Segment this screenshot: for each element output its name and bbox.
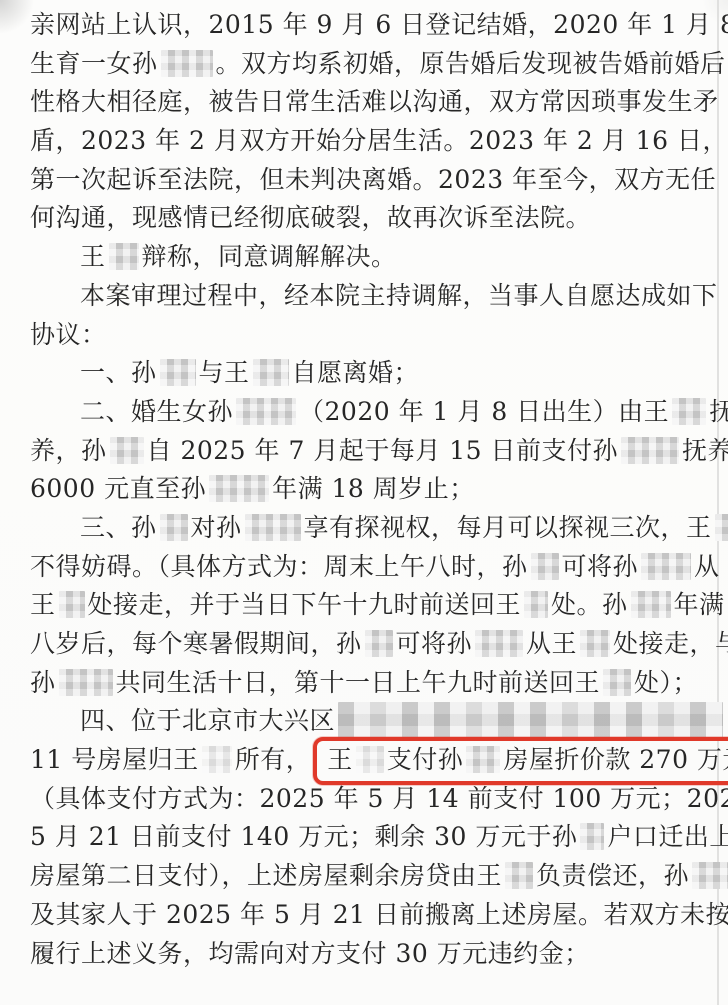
text-segment: 处。孙	[551, 590, 628, 619]
text-segment: （2020 年 1 月 8 日出生）由王	[299, 397, 669, 426]
redaction-block	[110, 437, 144, 464]
document-text: 亲网站上认识，2015 年 9 月 6 日登记结婚，2020 年 1 月 8 日…	[30, 6, 710, 973]
redaction-block	[692, 862, 728, 889]
redaction-block	[365, 630, 393, 657]
text-segment: 房屋折价款 270 万元	[503, 745, 728, 774]
redaction-block	[603, 669, 631, 696]
text-segment: 亲网站上认识，2015 年 9 月 6 日登记结婚，2020 年 1 月 8 日	[30, 10, 728, 39]
text-segment: 共同生活十日，第十一日上午九时前送回王	[116, 668, 601, 697]
text-segment: 王	[30, 590, 56, 619]
redaction-block	[356, 746, 384, 773]
redaction-block	[209, 475, 269, 502]
text-segment: 11 号房屋归王	[30, 745, 199, 774]
redaction-block	[621, 437, 679, 464]
redaction-block	[253, 359, 289, 386]
text-segment: 第一次起诉至法院，但未判决离婚。2023 年至今，双方无任	[30, 165, 716, 194]
text-segment: 年满 18 周岁止；	[272, 474, 475, 503]
text-segment: 一、孙	[80, 358, 157, 387]
text-segment: 孙	[30, 668, 56, 697]
redaction-block	[236, 398, 296, 425]
text-segment: 及其家人于 2025 年 5 月 21 日前搬离上述房屋。若双方未按期	[30, 900, 728, 929]
text-segment: （具体支付方式为：2025 年 5 月 14 前支付 100 万元；2025 年	[30, 784, 728, 813]
text-segment: 房屋第二日支付），上述房屋剩余房贷由王	[30, 861, 502, 890]
redaction-block	[531, 553, 559, 580]
text-segment: 6000 元直至孙	[30, 474, 206, 503]
document-line: 第一次起诉至法院，但未判决离婚。2023 年至今，双方无任	[30, 161, 710, 200]
document-line: 5 月 21 日前支付 140 万元；剩余 30 万元于孙户口迁出上述	[30, 818, 710, 857]
text-segment: 处接走，与	[613, 629, 728, 658]
text-segment: 养，孙	[30, 436, 107, 465]
text-segment: 所有，	[235, 745, 312, 774]
text-segment: 协议：	[30, 320, 107, 349]
document-line: （具体支付方式为：2025 年 5 月 14 前支付 100 万元；2025 年	[30, 780, 710, 819]
document-line: 一、孙与王自愿离婚；	[30, 354, 710, 393]
text-segment: 年满	[674, 590, 725, 619]
document-page: 亲网站上认识，2015 年 9 月 6 日登记结婚，2020 年 1 月 8 日…	[0, 0, 728, 1005]
text-segment: 自 2025 年 7 月起于每月 15 日前支付孙	[147, 436, 619, 465]
document-line: 11 号房屋归王所有，王支付孙房屋折价款 270 万元	[30, 741, 710, 780]
document-line: 性格大相径庭，被告日常生活难以沟通，双方常因琐事发生矛	[30, 83, 710, 122]
text-segment: 5 月 21 日前支付 140 万元；剩余 30 万元于孙	[30, 822, 577, 851]
document-line: 何沟通，现感情已经彻底破裂，故再次诉至法院。	[30, 199, 710, 238]
document-line: 6000 元直至孙年满 18 周岁止；	[30, 470, 710, 509]
redaction-block	[580, 630, 610, 657]
text-segment: 抚	[709, 397, 728, 426]
redaction-block	[161, 50, 213, 77]
text-segment: 。双方均系初婚，原告婚后发现被告婚前婚后	[216, 49, 726, 78]
document-line: 养，孙自 2025 年 7 月起于每月 15 日前支付孙抚养费	[30, 432, 710, 471]
text-segment: 处）；	[634, 668, 698, 697]
redaction-block	[631, 591, 671, 618]
redaction-block	[245, 514, 301, 541]
redaction-block	[475, 630, 523, 657]
redaction-block	[580, 823, 604, 850]
document-line: 王处接走，并于当日下午十九时前送回王处。孙年满	[30, 586, 710, 625]
redaction-block	[524, 591, 548, 618]
text-segment: 享有探视权，每月可以探视三次，王	[304, 513, 712, 542]
text-segment: 从	[694, 552, 720, 581]
text-segment: 本案审理过程中，经本院主持调解，当事人自愿达成如下	[80, 281, 718, 310]
text-segment: 辩称，同意调解解决。	[142, 242, 397, 271]
text-segment: 自愿离婚；	[292, 358, 420, 387]
text-segment: 户口迁出上述	[607, 822, 728, 851]
text-segment: 王	[80, 242, 106, 271]
text-segment: 王	[327, 745, 353, 774]
redaction-block	[338, 702, 723, 738]
text-segment: 从王	[526, 629, 577, 658]
text-segment: 与王	[199, 358, 250, 387]
redaction-block	[160, 359, 196, 386]
text-segment: 何沟通，现感情已经彻底破裂，故再次诉至法院。	[30, 203, 591, 232]
text-segment: 生育一女孙	[30, 49, 158, 78]
text-segment: 抚养费	[682, 436, 728, 465]
text-segment: 可将孙	[562, 552, 639, 581]
redaction-block	[641, 553, 691, 580]
text-segment: 性格大相径庭，被告日常生活难以沟通，双方常因琐事发生矛	[30, 87, 719, 116]
text-segment: 八岁后，每个寒暑假期间，孙	[30, 629, 362, 658]
document-line: 二、婚生女孙（2020 年 1 月 8 日出生）由王抚	[30, 393, 710, 432]
document-line: 履行上述义务，均需向对方支付 30 万元违约金；	[30, 935, 710, 974]
text-segment: 支付孙	[387, 745, 464, 774]
text-segment: 负责偿还，孙	[536, 861, 689, 890]
text-segment: 处接走，并于当日下午十九时前送回王	[88, 590, 522, 619]
document-line: 生育一女孙。双方均系初婚，原告婚后发现被告婚前婚后	[30, 45, 710, 84]
redaction-block	[505, 862, 533, 889]
redaction-block	[59, 591, 85, 618]
document-line: 协议：	[30, 316, 710, 355]
text-segment: 不得妨碍。（具体方式为：周末上午八时，孙	[30, 552, 528, 581]
text-segment: 履行上述义务，均需向对方支付 30 万元违约金；	[30, 939, 590, 968]
highlight-box: 王支付孙房屋折价款 270 万元	[313, 737, 728, 785]
redaction-block	[715, 514, 728, 541]
text-segment: 二、婚生女孙	[80, 397, 233, 426]
text-segment: 三、孙	[80, 513, 157, 542]
document-line: 房屋第二日支付），上述房屋剩余房贷由王负责偿还，孙	[30, 857, 710, 896]
document-line: 本案审理过程中，经本院主持调解，当事人自愿达成如下	[30, 277, 710, 316]
redaction-block	[59, 669, 113, 696]
document-line: 三、孙对孙享有探视权，每月可以探视三次，王	[30, 509, 710, 548]
text-segment: 可将孙	[396, 629, 473, 658]
text-segment: 四、位于北京市大兴区	[80, 706, 335, 735]
document-line: 不得妨碍。（具体方式为：周末上午八时，孙可将孙从	[30, 548, 710, 587]
document-line: 盾，2023 年 2 月双方开始分居生活。2023 年 2 月 16 日，原告	[30, 122, 710, 161]
redaction-block	[202, 746, 232, 773]
document-line: 亲网站上认识，2015 年 9 月 6 日登记结婚，2020 年 1 月 8 日	[30, 6, 710, 45]
document-line: 八岁后，每个寒暑假期间，孙可将孙从王处接走，与	[30, 625, 710, 664]
document-line: 四、位于北京市大兴区	[30, 702, 710, 741]
document-line: 王辩称，同意调解解决。	[30, 238, 710, 277]
document-line: 孙共同生活十日，第十一日上午九时前送回王处）；	[30, 664, 710, 703]
redaction-block	[160, 514, 188, 541]
document-line: 及其家人于 2025 年 5 月 21 日前搬离上述房屋。若双方未按期	[30, 896, 710, 935]
redaction-block	[466, 746, 500, 773]
text-segment: 对孙	[191, 513, 242, 542]
redaction-block	[109, 243, 139, 270]
redaction-block	[672, 398, 706, 425]
text-segment: 盾，2023 年 2 月双方开始分居生活。2023 年 2 月 16 日，原告	[30, 126, 728, 155]
